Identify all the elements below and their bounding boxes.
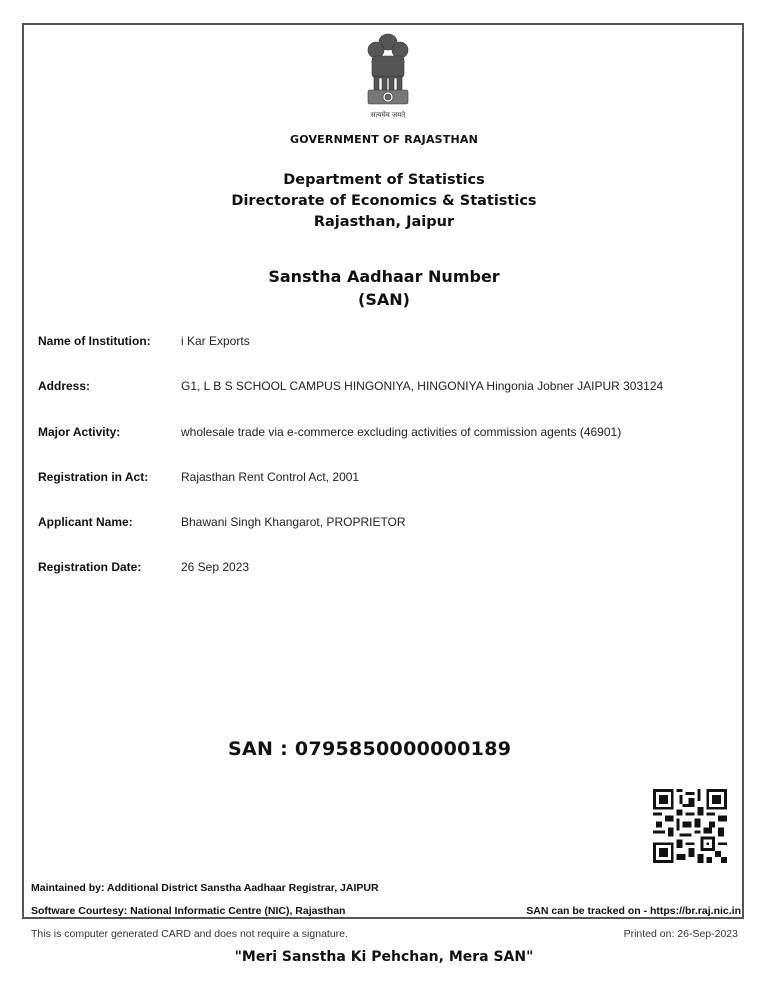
software-courtesy: Software Courtesy: National Informatic C… (31, 905, 345, 917)
detail-value: Bhawani Singh Khangarot, PROPRIETOR (181, 515, 406, 529)
detail-value: 26 Sep 2023 (181, 560, 249, 574)
detail-value: i Kar Exports (181, 334, 250, 348)
slogan: "Meri Sanstha Ki Pehchan, Mera SAN" (0, 949, 768, 965)
department-line: Directorate of Economics & Statistics (0, 191, 768, 212)
title-line: Sanstha Aadhaar Number (0, 265, 768, 288)
emblem-motto: सत्यमेव जयते (371, 110, 406, 119)
tracking-info: SAN can be tracked on - https://br.raj.n… (526, 905, 741, 917)
detail-label: Address: (38, 379, 178, 393)
document-title: Sanstha Aadhaar Number (SAN) (0, 265, 768, 311)
ashoka-emblem-icon: सत्यमेव जयते (358, 30, 418, 122)
detail-label: Name of Institution: (38, 334, 178, 348)
detail-value: wholesale trade via e-commerce excluding… (181, 425, 621, 439)
department-heading: Department of Statistics Directorate of … (0, 170, 768, 233)
department-line: Department of Statistics (0, 170, 768, 191)
qr-code-icon (652, 789, 728, 863)
detail-label: Registration in Act: (38, 470, 178, 484)
government-heading: GOVERNMENT OF RAJASTHAN (0, 133, 768, 146)
disclaimer: This is computer generated CARD and does… (31, 928, 348, 940)
detail-label: Major Activity: (38, 425, 178, 439)
detail-value: G1, L B S SCHOOL CAMPUS HINGONIYA, HINGO… (181, 379, 663, 393)
san-number: SAN : 0795850000000189 (228, 738, 511, 760)
detail-label: Registration Date: (38, 560, 178, 574)
detail-value: Rajasthan Rent Control Act, 2001 (181, 470, 359, 484)
department-line: Rajasthan, Jaipur (0, 212, 768, 233)
title-line: (SAN) (0, 288, 768, 311)
maintained-by: Maintained by: Additional District Sanst… (31, 882, 379, 894)
detail-label: Applicant Name: (38, 515, 178, 529)
printed-on: Printed on: 26-Sep-2023 (624, 928, 738, 940)
